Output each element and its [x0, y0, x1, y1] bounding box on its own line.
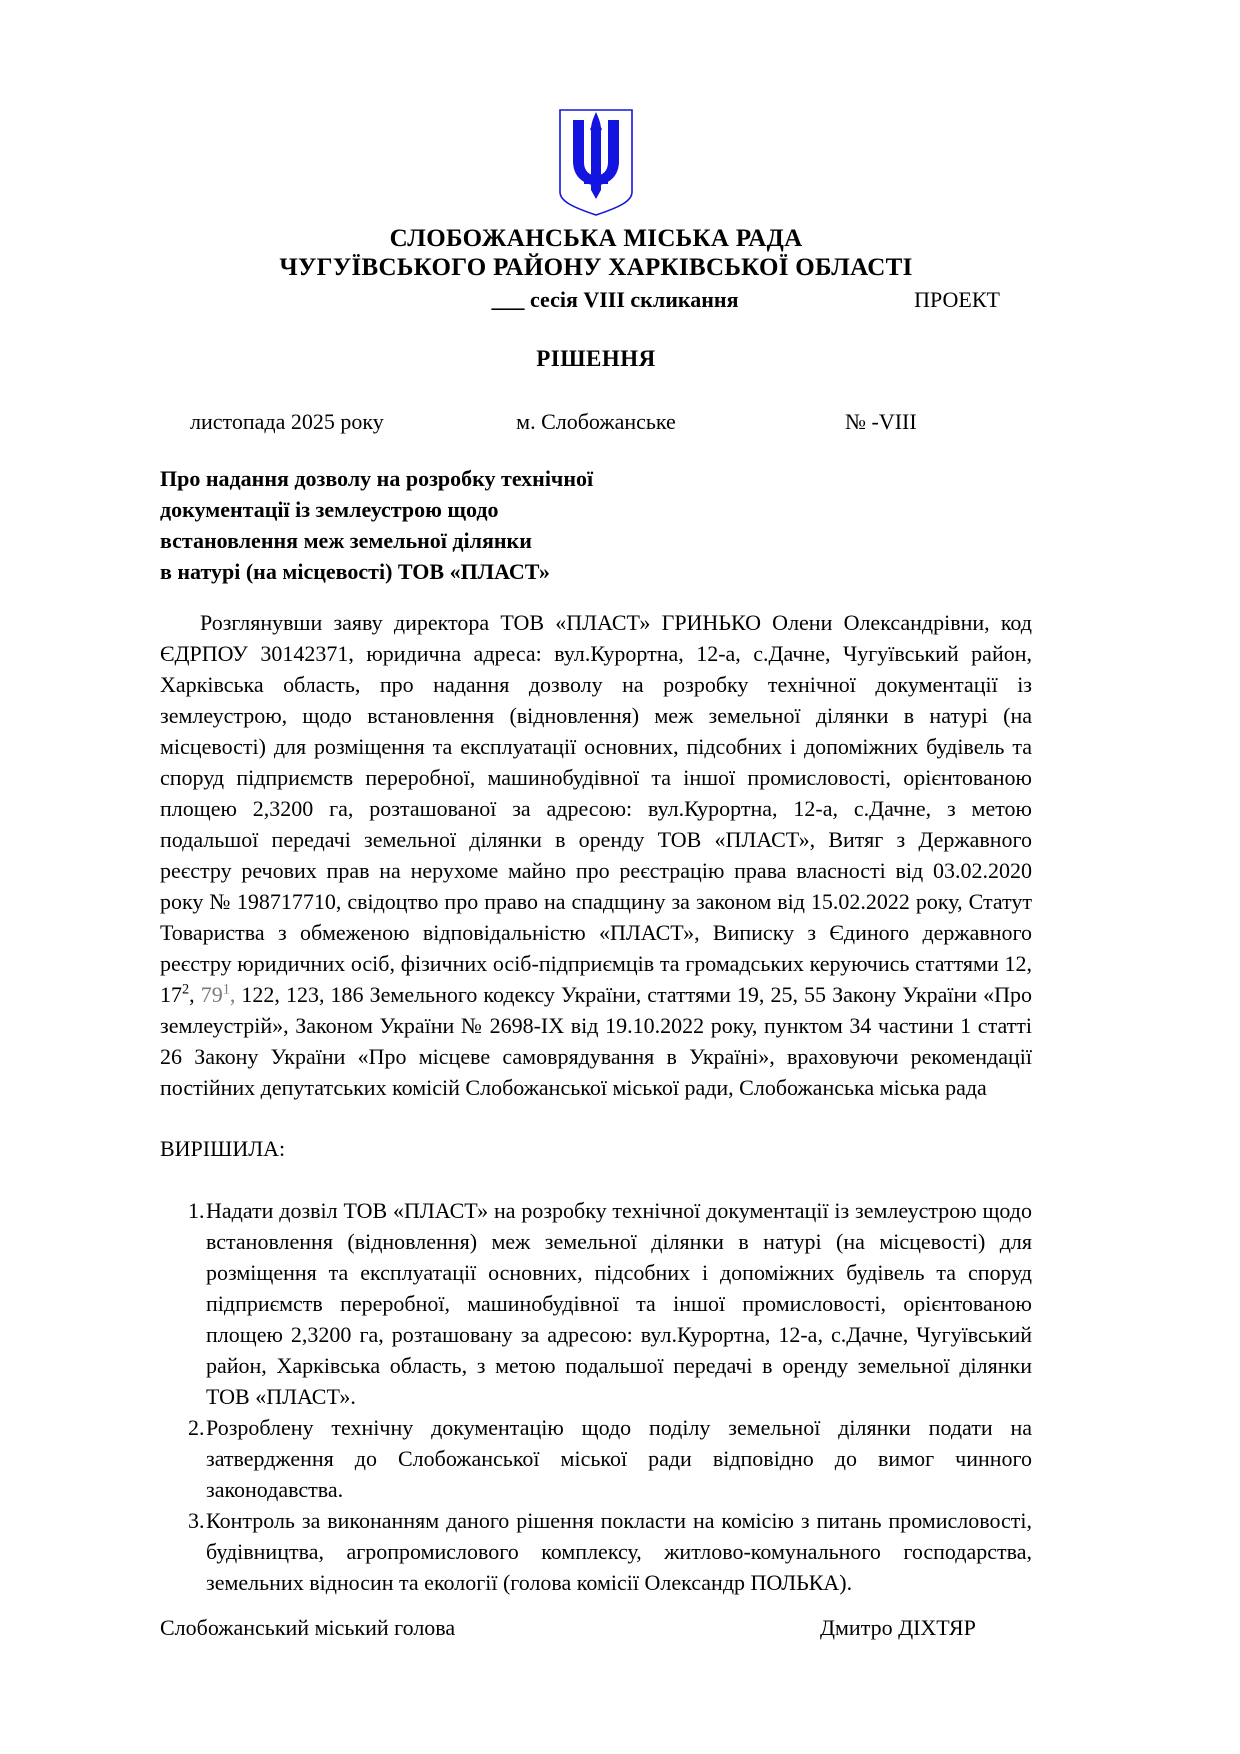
- signatory-name: Дмитро ДІХТЯР: [820, 1612, 976, 1643]
- list-item-number: 2.: [188, 1412, 205, 1443]
- list-item-text: Розроблену технічну документацію щодо по…: [206, 1412, 1032, 1505]
- list-item-number: 1.: [188, 1195, 205, 1226]
- list-item-number: 3.: [188, 1505, 205, 1536]
- list-item-text: Надати дозвіл ТОВ «ПЛАСТ» на розробку те…: [206, 1195, 1032, 1412]
- session-line: ___ сесія VIII скликання: [160, 285, 1032, 314]
- resolved-label: ВИРІШИЛА:: [160, 1133, 1032, 1164]
- subject-line: Про надання дозволу на розробку технічно…: [160, 463, 1032, 494]
- emblem-container: [160, 108, 1032, 218]
- subject-line: документації із землеустрою щодо: [160, 494, 1032, 525]
- date-row: листопада 2025 року м. Слобожанське № -V…: [160, 406, 1032, 437]
- subject-line: встановлення меж земельної ділянки: [160, 525, 1032, 556]
- list-item: 1. Надати дозвіл ТОВ «ПЛАСТ» на розробку…: [160, 1195, 1032, 1412]
- project-label: ПРОЕКТ: [914, 285, 1000, 314]
- decision-subject: Про надання дозволу на розробку технічно…: [160, 463, 1032, 587]
- signatory-title: Слобожанський міський голова: [160, 1612, 455, 1643]
- session-row: ___ сесія VIII скликання ПРОЕКТ: [160, 285, 1032, 314]
- document-page: СЛОБОЖАНСЬКА МІСЬКА РАДА ЧУГУЇВСЬКОГО РА…: [160, 0, 1032, 1643]
- list-item: 3. Контроль за виконанням даного рішення…: [160, 1505, 1032, 1598]
- decision-title: РІШЕННЯ: [160, 344, 1032, 374]
- resolution-list: 1. Надати дозвіл ТОВ «ПЛАСТ» на розробку…: [160, 1195, 1032, 1598]
- ukraine-trident-icon: [557, 108, 635, 218]
- list-item: 2. Розроблену технічну документацію щодо…: [160, 1412, 1032, 1505]
- district-name: ЧУГУЇВСЬКОГО РАЙОНУ ХАРКІВСЬКОЇ ОБЛАСТІ: [160, 253, 1032, 282]
- list-item-text: Контроль за виконанням даного рішення по…: [206, 1505, 1032, 1598]
- decision-number: № -VIII: [845, 406, 917, 437]
- subject-line: в натурі (на місцевості) ТОВ «ПЛАСТ»: [160, 556, 1032, 587]
- preamble-paragraph: Розглянувши заяву директора ТОВ «ПЛАСТ» …: [160, 607, 1032, 1103]
- signature-row: Слобожанський міський голова Дмитро ДІХТ…: [160, 1612, 1032, 1643]
- council-name: СЛОБОЖАНСЬКА МІСЬКА РАДА: [160, 224, 1032, 253]
